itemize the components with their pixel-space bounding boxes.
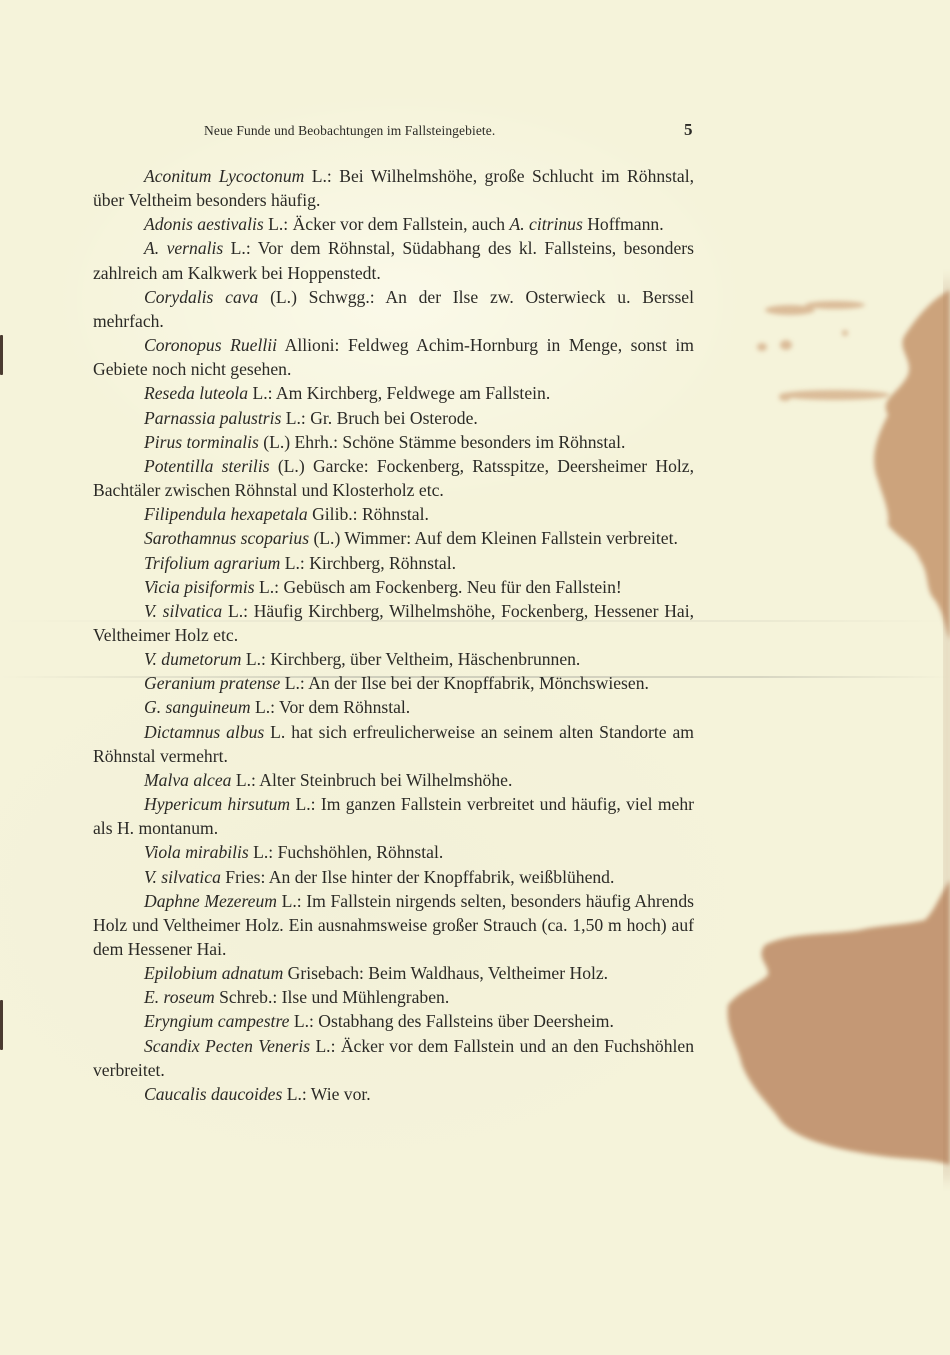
species-description: (L.) Ehrh.: Schöne Stämme besonders im R… [259,432,625,452]
species-entry: Caucalis daucoides L.: Wie vor. [93,1082,694,1106]
species-name: V. silvatica [144,601,222,621]
species-entry: Trifolium agrarium L.: Kirchberg, Röhnst… [93,551,694,575]
species-entry: Hypericum hirsutum L.: Im ganzen Fallste… [93,792,694,840]
species-name: Pirus torminalis [144,432,259,452]
species-name: Hypericum hirsutum [144,794,290,814]
species-name: Corydalis cava [144,287,258,307]
species-entry: Pirus torminalis (L.) Ehrh.: Schöne Stäm… [93,430,694,454]
species-description: Gilib.: Röhnstal. [308,504,429,524]
species-entry: Aconitum Lycoctonum L.: Bei Wilhelmshöhe… [93,164,694,212]
species-description: L.: Kirchberg, Röhnstal. [280,553,456,573]
species-description: L.: Am Kirchberg, Feldwege am Fallstein. [248,383,550,403]
species-name: Epilobium adnatum [144,963,283,983]
species-entry: G. sanguineum L.: Vor dem Röhnstal. [93,695,694,719]
species-list: Aconitum Lycoctonum L.: Bei Wilhelmshöhe… [93,164,694,1106]
species-entry: A. vernalis L.: Vor dem Röhnstal, Südabh… [93,236,694,284]
species-name: Scandix Pecten Veneris [144,1036,310,1056]
running-title: Neue Funde und Beobachtungen im Fallstei… [204,123,495,139]
species-name: Aconitum Lycoctonum [144,166,304,186]
species-description: L.: Vor dem Röhnstal. [251,697,411,717]
species-entry: Reseda luteola L.: Am Kirchberg, Feldweg… [93,381,694,405]
species-description: L.: Kirchberg, über Veltheim, Häschenbru… [241,649,580,669]
page-number: 5 [684,120,693,140]
species-name: V. dumetorum [144,649,241,669]
species-name: Malva alcea [144,770,231,790]
species-entry: V. dumetorum L.: Kirchberg, über Velthei… [93,647,694,671]
species-description: L.: Wie vor. [282,1084,370,1104]
species-name: Adonis aestivalis [144,214,264,234]
species-description: L.: An der Ilse bei der Knopffabrik, Mön… [280,673,649,693]
species-entry: Viola mirabilis L.: Fuchshöhlen, Röhnsta… [93,840,694,864]
species-description: Hoffmann. [583,214,664,234]
species-description: Schreb.: Ilse und Mühlengraben. [215,987,450,1007]
species-description: Fries: An der Ilse hinter der Knopffabri… [221,867,615,887]
species-entry: Parnassia palustris L.: Gr. Bruch bei Os… [93,406,694,430]
species-description: L.: Äcker vor dem Fallstein, auch [264,214,510,234]
species-entry: Dictamnus albus L. hat sich erfreulicher… [93,720,694,768]
species-name: E. roseum [144,987,215,1007]
species-entry: Geranium pratense L.: An der Ilse bei de… [93,671,694,695]
species-name: Coronopus Ruellii [144,335,277,355]
species-name: V. silvatica [144,867,221,887]
species-entry: Malva alcea L.: Alter Steinbruch bei Wil… [93,768,694,792]
species-description: (L.) Wimmer: Auf dem Kleinen Fallstein v… [309,528,678,548]
species-name: Reseda luteola [144,383,248,403]
species-name: A. citrinus [510,214,583,234]
species-name: G. sanguineum [144,697,251,717]
species-name: Viola mirabilis [144,842,249,862]
species-entry: Scandix Pecten Veneris L.: Äcker vor dem… [93,1034,694,1082]
species-name: Dictamnus albus [144,722,264,742]
species-name: Potentilla sterilis [144,456,270,476]
species-entry: Eryngium campestre L.: Ostabhang des Fal… [93,1009,694,1033]
species-name: Sarothamnus scoparius [144,528,309,548]
species-description: L.: Fuchshöhlen, Röhnstal. [249,842,444,862]
species-entry: E. roseum Schreb.: Ilse und Mühlengraben… [93,985,694,1009]
species-description: Grisebach: Beim Waldhaus, Veltheimer Hol… [283,963,608,983]
species-name: Vicia pisiformis [144,577,255,597]
species-description: L.: Gebüsch am Fockenberg. Neu für den F… [255,577,622,597]
species-name: Filipendula hexapetala [144,504,308,524]
species-entry: Coronopus Ruellii Allioni: Feldweg Achim… [93,333,694,381]
species-name: Trifolium agrarium [144,553,280,573]
species-entry: Epilobium adnatum Grisebach: Beim Waldha… [93,961,694,985]
species-entry: Filipendula hexapetala Gilib.: Röhnstal. [93,502,694,526]
species-name: Eryngium campestre [144,1011,289,1031]
species-description: L.: Gr. Bruch bei Osterode. [281,408,477,428]
species-entry: Adonis aestivalis L.: Äcker vor dem Fall… [93,212,694,236]
species-entry: Potentilla sterilis (L.) Garcke: Fockenb… [93,454,694,502]
species-description: L.: Alter Steinbruch bei Wilhelmshöhe. [231,770,512,790]
species-description: L.: Ostabhang des Fallsteins über Deersh… [289,1011,613,1031]
species-entry: Sarothamnus scoparius (L.) Wimmer: Auf d… [93,526,694,550]
species-name: Caucalis daucoides [144,1084,282,1104]
species-entry: Corydalis cava (L.) Schwgg.: An der Ilse… [93,285,694,333]
species-entry: V. silvatica Fries: An der Ilse hinter d… [93,865,694,889]
species-entry: Daphne Mezereum L.: Im Fallstein nirgend… [93,889,694,961]
species-name: A. vernalis [144,238,223,258]
species-name: Daphne Mezereum [144,891,277,911]
species-entry: Vicia pisiformis L.: Gebüsch am Fockenbe… [93,575,694,599]
species-entry: V. silvatica L.: Häufig Kirchberg, Wilhe… [93,599,694,647]
species-name: Parnassia palustris [144,408,281,428]
species-name: Geranium pratense [144,673,280,693]
